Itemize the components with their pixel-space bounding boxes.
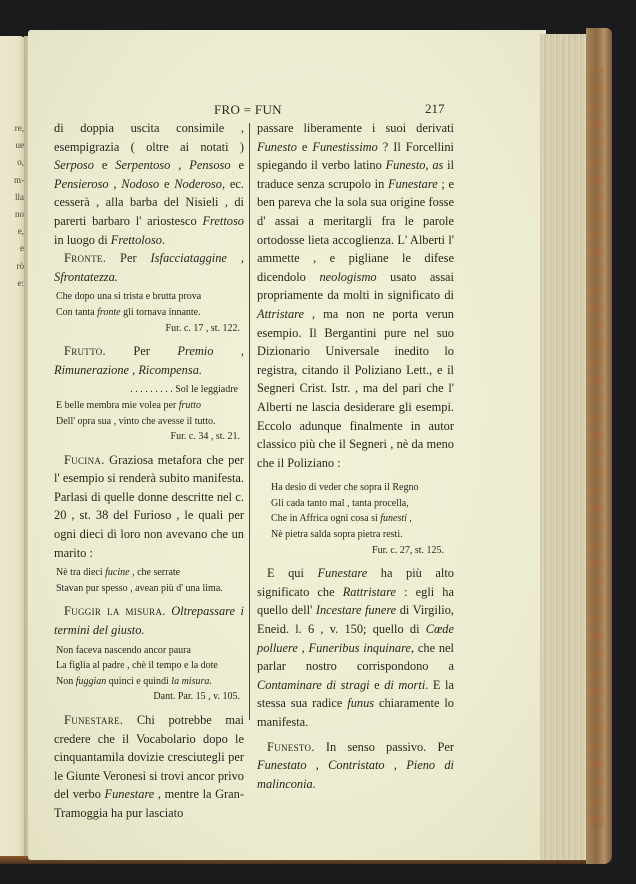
- entry-headword: Funestare.: [64, 713, 123, 727]
- entry-headword: Funesto.: [267, 740, 315, 754]
- entry-fronte: Fronte. Per Isfacciataggine , Sfrontatez…: [54, 249, 244, 286]
- entry-headword: Fronte.: [64, 251, 106, 265]
- verse-quote: Nè tra dieci fucine , che serrate Stavan…: [54, 565, 244, 602]
- verse-quote: Non faceva nascendo ancor paura La figli…: [54, 643, 244, 705]
- entry-fucina: Fucina. Graziosa metafora che per l' ese…: [54, 451, 244, 563]
- citation: Fur. c. 27, st. 125.: [271, 543, 454, 559]
- previous-page-edge: re, ue o, m- lla no e, e rò e:: [0, 36, 26, 858]
- page-number: 217: [425, 101, 445, 117]
- entry-headword: Fucina.: [64, 453, 105, 467]
- fragment: rò: [0, 258, 24, 275]
- citation: Dant. Par. 15 , v. 105.: [56, 689, 244, 705]
- verse-quote: Che dopo una si trista e brutta prova Co…: [54, 289, 244, 336]
- previous-page-text-fragments: re, ue o, m- lla no e, e rò e:: [0, 120, 24, 292]
- fragment: re,: [0, 120, 24, 137]
- fragment: no: [0, 206, 24, 223]
- citation: Fur. c. 17 , st. 122.: [56, 321, 244, 337]
- verse-quote: Ha desio di veder che sopra il Regno Gli…: [257, 480, 454, 558]
- page-block-edges: [540, 34, 592, 860]
- entry-funesto: Funesto. In senso passivo. Per Funestato…: [257, 738, 454, 794]
- entry-funestare: Funestare. Chi potrebbe mai credere che …: [54, 711, 244, 823]
- marbled-cover: [586, 28, 612, 864]
- fragment: e:: [0, 275, 24, 292]
- column-divider: [249, 123, 250, 720]
- left-column: di doppia uscita consimile , esempigrazi…: [54, 119, 244, 823]
- paragraph-funestare-meaning: E qui Funestare ha più alto significato …: [257, 564, 454, 731]
- fragment: ue: [0, 137, 24, 154]
- running-header: FRO = FUN: [214, 102, 304, 118]
- marble-pattern: [590, 68, 604, 828]
- entry-frutto: Frutto. Per Premio , Rimunerazione , Ric…: [54, 342, 244, 379]
- fragment: m-: [0, 172, 24, 189]
- entry-fuggir-la-misura: Fuggir la misura. Oltrepassare i termini…: [54, 602, 244, 639]
- citation: Fur. c. 34 , st. 21.: [56, 429, 244, 445]
- entry-headword: Fuggir la misura.: [64, 604, 166, 618]
- paragraph-continuation: passare liberamente i suoi derivati Fune…: [257, 119, 454, 472]
- right-column: passare liberamente i suoi derivati Fune…: [257, 119, 454, 793]
- entry-headword: Frutto.: [64, 344, 106, 358]
- fragment: e,: [0, 223, 24, 240]
- fragment: lla: [0, 189, 24, 206]
- verse-quote: . . . . . . . . . Sol le leggiadre E bel…: [54, 382, 244, 444]
- fragment: o,: [0, 154, 24, 171]
- paragraph-continuation: di doppia uscita consimile , esempigrazi…: [54, 119, 244, 249]
- fragment: e: [0, 240, 24, 257]
